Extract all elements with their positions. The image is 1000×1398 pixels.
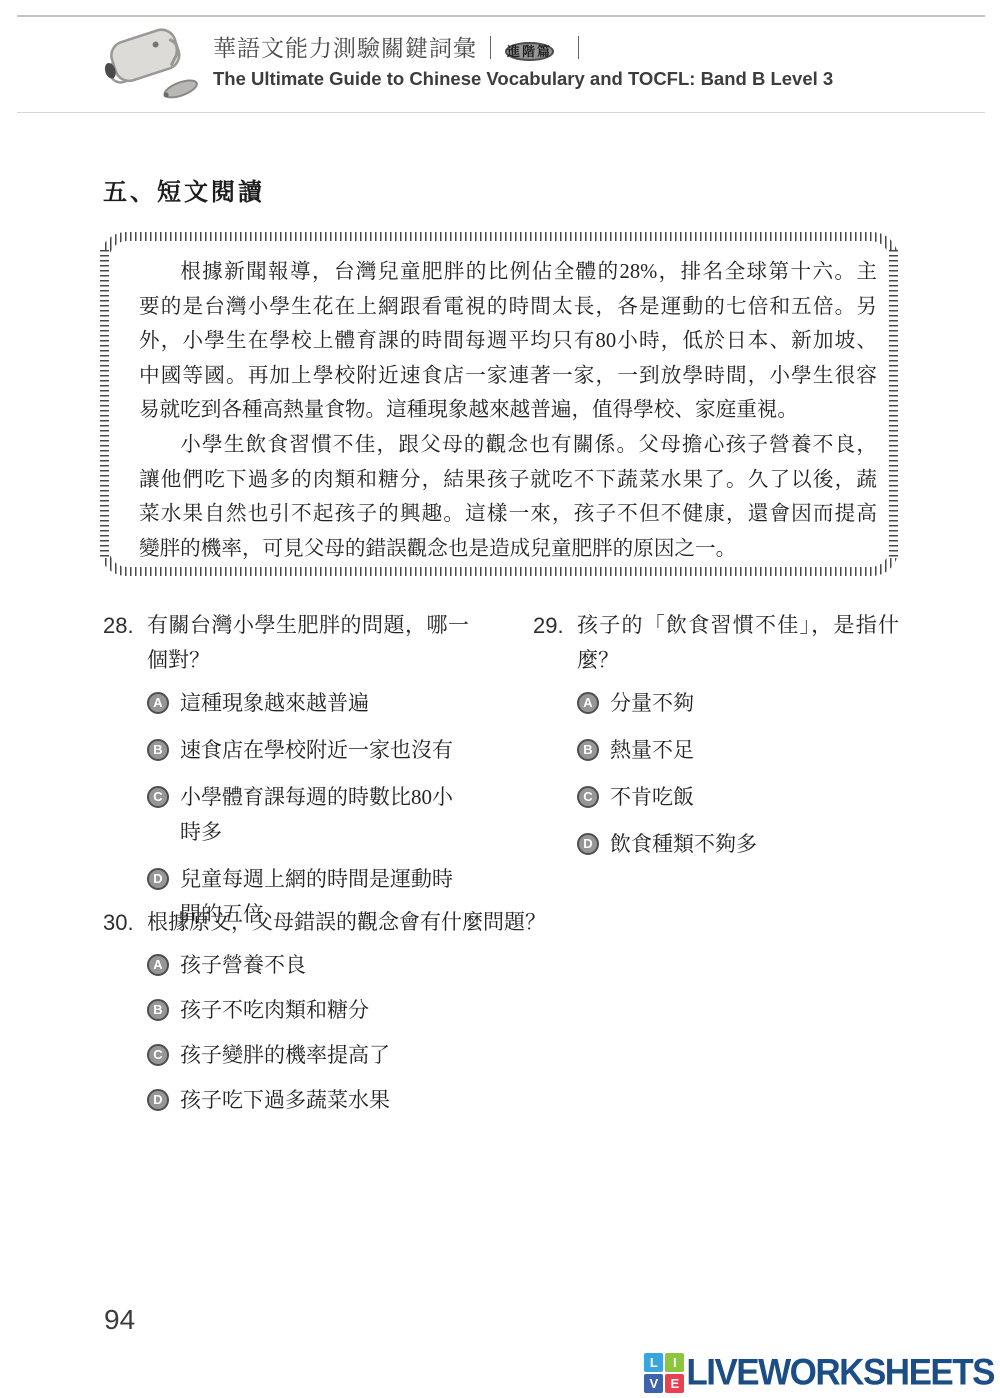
- option-text: 孩子不吃肉類和糖分: [180, 993, 600, 1028]
- passage-text: 根據新聞報導，台灣兒童肥胖的比例佔全體的28%，排名全球第十六。主 要的是台灣小…: [109, 241, 889, 567]
- passage-line: 易就吃到各種高熱量食物。這種現象越來越普遍，值得學校、家庭重視。: [139, 393, 877, 428]
- passage-line: 讓他們吃下過多的肉類和糖分，結果孩子就吃不下蔬菜水果了。久了以後，蔬: [139, 463, 877, 498]
- option-30-d[interactable]: D 孩子吃下過多蔬菜水果: [147, 1083, 723, 1118]
- passage-line: 菜水果自然也引不起孩子的興趣。這樣一來，孩子不但不健康，還會因而提高: [139, 497, 877, 532]
- options-list: A 分量不夠 B 熱量不足 C 不肯吃飯 D 飲食種類不夠多: [577, 686, 963, 862]
- question-text: 根據原文，父母錯誤的觀念會有什麼問題？: [147, 905, 687, 940]
- option-letter-badge[interactable]: C: [577, 786, 599, 808]
- passage-line: 中國等國。再加上學校附近速食店一家連著一家，一到放學時間，小學生很容: [139, 359, 877, 394]
- option-29-b[interactable]: B 熱量不足: [577, 733, 963, 768]
- header-text: 華語文能力測驗關鍵詞彙｜進階篇｜ The Ultimate Guide to C…: [213, 30, 833, 90]
- option-text: 飲食種類不夠多: [610, 827, 890, 862]
- option-text: 孩子吃下過多蔬菜水果: [180, 1083, 600, 1118]
- section-title: 五、短文閱讀: [103, 172, 265, 207]
- option-text: 分量不夠: [610, 686, 890, 721]
- header-subtitle: The Ultimate Guide to Chinese Vocabulary…: [213, 68, 833, 90]
- logo-tile-v: V: [644, 1374, 663, 1393]
- logo-text: LIVEWORKSHEETS: [686, 1352, 994, 1394]
- option-text: 孩子營養不良: [180, 948, 600, 983]
- option-28-b[interactable]: B 速食店在學校附近一家也沒有: [147, 733, 533, 768]
- question-number: 29.: [533, 608, 577, 643]
- option-29-a[interactable]: A 分量不夠: [577, 686, 963, 721]
- liveworksheets-logo[interactable]: L I V E LIVEWORKSHEETS: [644, 1353, 994, 1393]
- header-band: 華語文能力測驗關鍵詞彙｜進階篇｜ The Ultimate Guide to C…: [17, 15, 985, 113]
- option-letter-badge[interactable]: C: [147, 786, 169, 808]
- option-letter-badge[interactable]: D: [147, 868, 169, 890]
- passage-line: 小學生飲食習慣不佳，跟父母的觀念也有關係。父母擔心孩子營養不良，: [139, 428, 877, 463]
- liveworksheets-grid-icon: L I V E: [644, 1353, 684, 1393]
- header-title: 華語文能力測驗關鍵詞彙｜進階篇｜: [213, 30, 833, 63]
- question-text: 有關台灣小學生肥胖的問題，哪一個對？: [147, 608, 469, 678]
- option-30-a[interactable]: A 孩子營養不良: [147, 948, 723, 983]
- header-title-cjk: 華語文能力測驗關鍵詞彙: [213, 35, 477, 61]
- question-number: 28.: [103, 608, 147, 643]
- option-29-c[interactable]: C 不肯吃飯: [577, 780, 963, 815]
- options-list: A 這種現象越來越普遍 B 速食店在學校附近一家也沒有 C 小學體育課每週的時數…: [147, 686, 533, 932]
- option-text: 速食店在學校附近一家也沒有: [180, 733, 460, 768]
- option-28-a[interactable]: A 這種現象越來越普遍: [147, 686, 533, 721]
- logo-tile-e: E: [665, 1374, 684, 1393]
- option-letter-badge[interactable]: B: [577, 739, 599, 761]
- option-30-c[interactable]: C 孩子變胖的機率提高了: [147, 1038, 723, 1073]
- hatched-border-left: [100, 250, 109, 558]
- option-letter-badge[interactable]: B: [147, 739, 169, 761]
- header-separator: ｜: [477, 35, 505, 61]
- logo-tile-l: L: [644, 1353, 663, 1372]
- logo-tile-i: I: [665, 1353, 684, 1372]
- option-text: 不肯吃飯: [610, 780, 890, 815]
- question-number: 30.: [103, 905, 147, 940]
- option-28-c[interactable]: C 小學體育課每週的時數比80小時多: [147, 780, 533, 850]
- option-letter-badge[interactable]: B: [147, 999, 169, 1021]
- question-29: 29. 孩子的「飲食習慣不佳」，是指什麼？ A 分量不夠 B 熱量不足 C 不肯…: [533, 608, 963, 874]
- option-letter-badge[interactable]: A: [147, 692, 169, 714]
- book-and-pen-icon: [93, 23, 207, 107]
- option-letter-badge[interactable]: D: [577, 833, 599, 855]
- option-letter-badge[interactable]: C: [147, 1044, 169, 1066]
- page-number: 94: [104, 1304, 135, 1336]
- question-text: 孩子的「飲食習慣不佳」，是指什麼？: [577, 608, 899, 678]
- option-letter-badge[interactable]: D: [147, 1089, 169, 1111]
- option-text: 孩子變胖的機率提高了: [180, 1038, 600, 1073]
- passage-line: 要的是台灣小學生花在上網跟看電視的時間太長，各是運動的七倍和五倍。另: [139, 290, 877, 325]
- options-list: A 孩子營養不良 B 孩子不吃肉類和糖分 C 孩子變胖的機率提高了 D 孩子吃下…: [147, 948, 723, 1118]
- option-text: 熱量不足: [610, 733, 890, 768]
- worksheet-page: 華語文能力測驗關鍵詞彙｜進階篇｜ The Ultimate Guide to C…: [0, 0, 1000, 1398]
- option-text: 這種現象越來越普遍: [180, 686, 460, 721]
- option-30-b[interactable]: B 孩子不吃肉類和糖分: [147, 993, 723, 1028]
- passage-line: 外，小學生在學校上體育課的時間每週平均只有80小時，低於日本、新加坡、: [139, 324, 877, 359]
- hatched-border-right: [889, 250, 898, 558]
- header-badge: 進階篇: [505, 42, 554, 61]
- header-separator-2: ｜: [565, 35, 593, 61]
- option-letter-badge[interactable]: A: [577, 692, 599, 714]
- question-30: 30. 根據原文，父母錯誤的觀念會有什麼問題？ A 孩子營養不良 B 孩子不吃肉…: [103, 905, 723, 1128]
- reading-passage-box: 根據新聞報導，台灣兒童肥胖的比例佔全體的28%，排名全球第十六。主 要的是台灣小…: [100, 232, 898, 576]
- option-29-d[interactable]: D 飲食種類不夠多: [577, 827, 963, 862]
- passage-line: 根據新聞報導，台灣兒童肥胖的比例佔全體的28%，排名全球第十六。主: [139, 255, 877, 290]
- option-text: 小學體育課每週的時數比80小時多: [180, 780, 460, 850]
- passage-line: 變胖的機率，可見父母的錯誤觀念也是造成兒童肥胖的原因之一。: [139, 532, 877, 567]
- option-letter-badge[interactable]: A: [147, 954, 169, 976]
- question-28: 28. 有關台灣小學生肥胖的問題，哪一個對？ A 這種現象越來越普遍 B 速食店…: [103, 608, 533, 944]
